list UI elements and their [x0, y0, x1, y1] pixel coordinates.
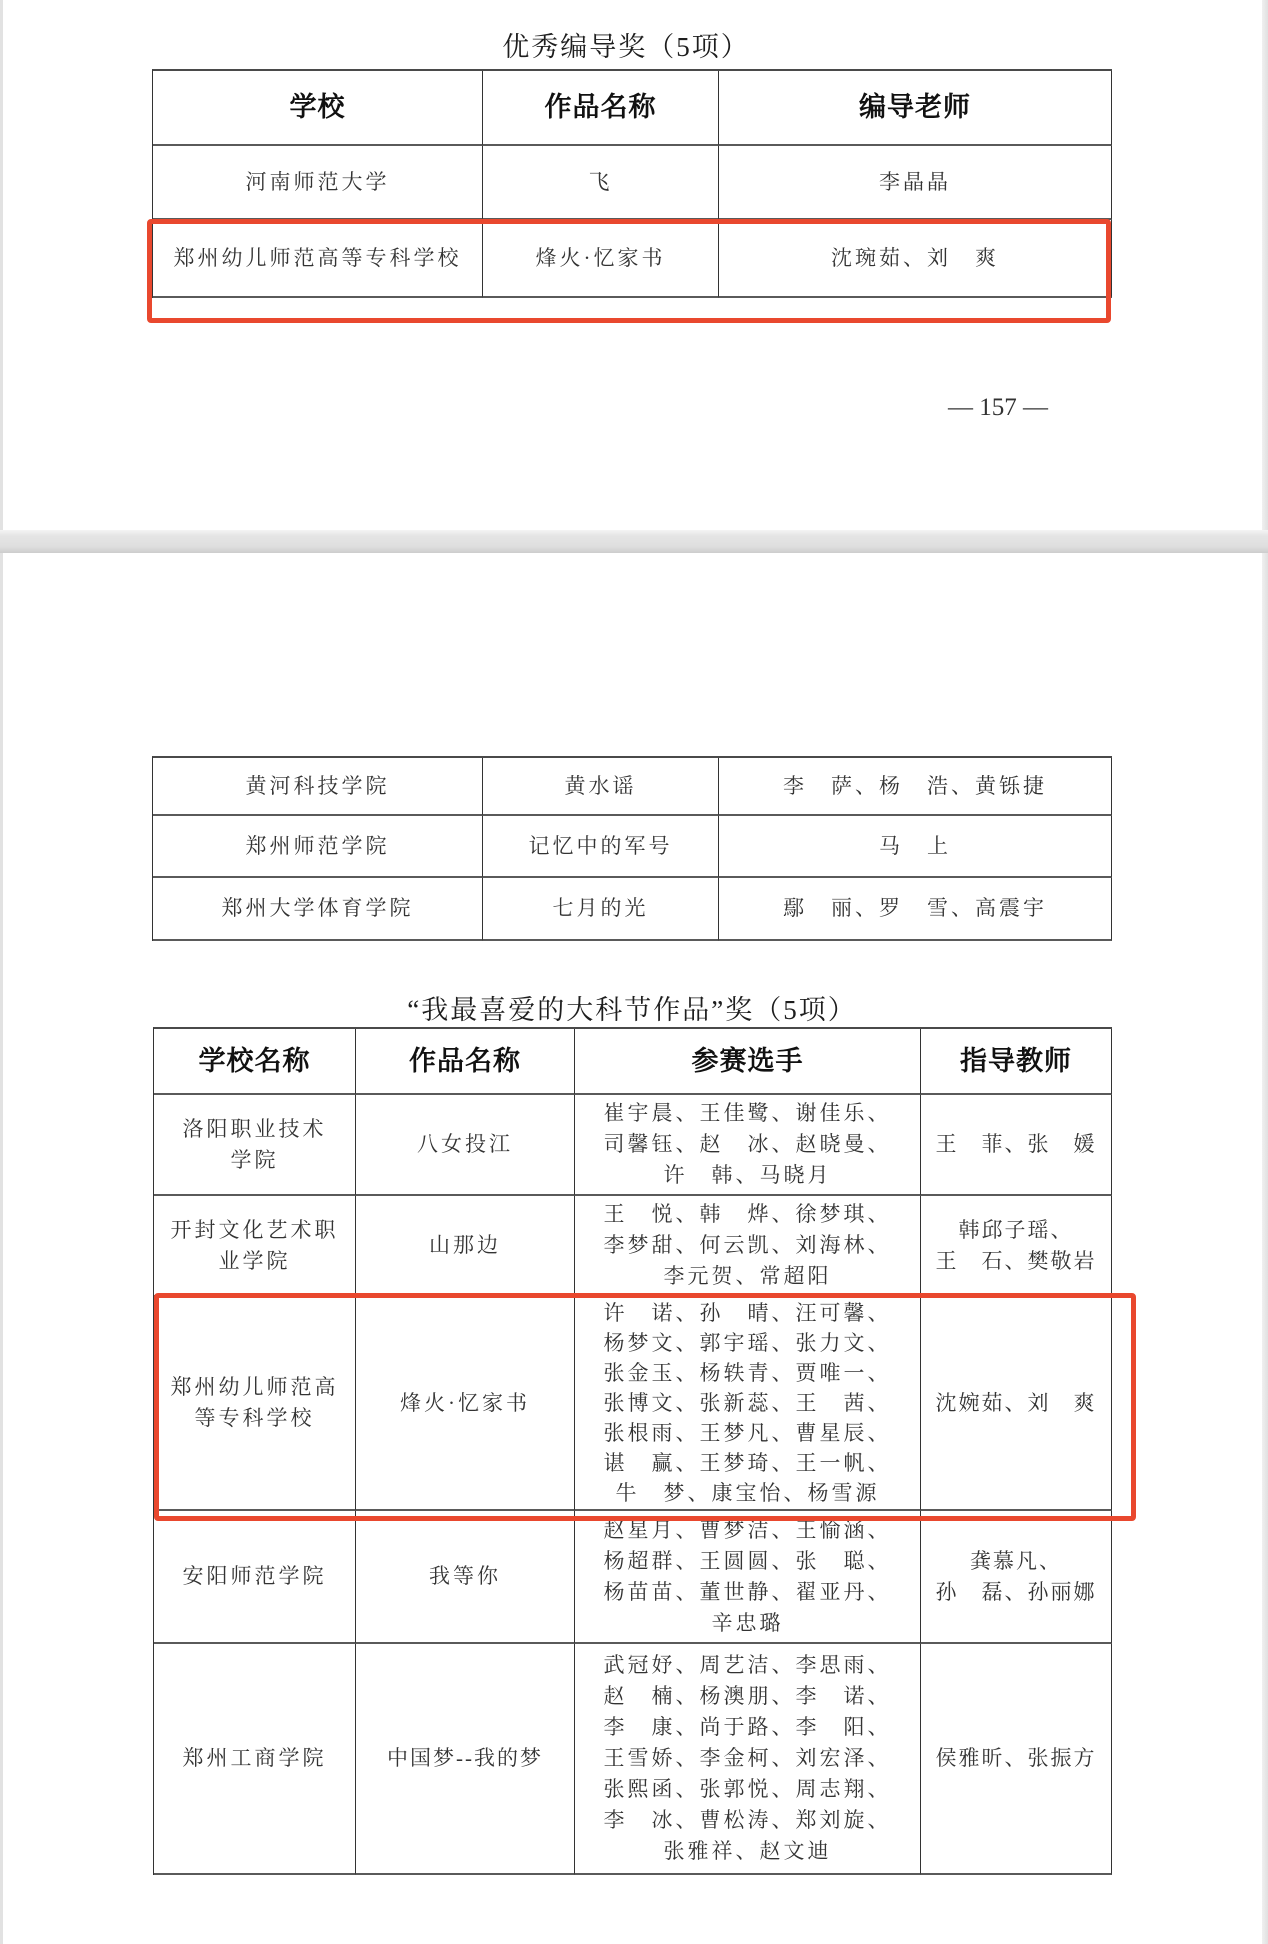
table-cell-school: 郑州工商学院 [154, 1644, 356, 1875]
table-cell-work: 黄水谣 [483, 758, 719, 816]
table-cell-school: 河南师范大学 [153, 146, 483, 220]
table-cell-work: 中国梦--我的梦 [356, 1644, 575, 1875]
table-cell-school: 郑州师范学院 [153, 816, 483, 878]
document-viewer[interactable]: 优秀编导奖（5项） 学校 作品名称 编导老师 河南师范大学 飞 李晶晶 郑州幼儿… [0, 0, 1268, 1944]
viewer-right-edge [1262, 0, 1268, 1944]
table-cell-work: 八女投江 [356, 1095, 575, 1196]
table-cell-teachers: 马 上 [719, 816, 1112, 878]
table-cell-school: 郑州幼儿师范高 等专科学校 [154, 1297, 356, 1511]
table-cell-teachers: 鄢 丽、罗 雪、高震宇 [719, 878, 1112, 941]
table-cell-work: 山那边 [356, 1196, 575, 1297]
column-header-school: 学校 [153, 71, 483, 146]
table-cell-participants: 武冠妤、周艺洁、李思雨、 赵 楠、杨澳朋、李 诺、 李 康、尚于路、李 阳、 王… [575, 1644, 921, 1875]
section-title-excellent-choreography: 优秀编导奖（5项） [146, 29, 1106, 65]
column-header-participants: 参赛选手 [575, 1029, 921, 1095]
table-cell-teachers: 沈琬茹、刘 爽 [719, 220, 1112, 298]
table-cell-work: 飞 [483, 146, 719, 220]
table-cell-school: 黄河科技学院 [153, 758, 483, 816]
table-cell-school: 开封文化艺术职 业学院 [154, 1196, 356, 1297]
table-cell-instructors: 侯雅昕、张振方 [921, 1644, 1112, 1875]
table-cell-work: 烽火·忆家书 [356, 1297, 575, 1511]
table-cell-teachers: 李 萨、杨 浩、黄铄捷 [719, 758, 1112, 816]
section-title-favorite-works: “我最喜爱的大科节作品”奖（5项） [152, 992, 1112, 1028]
table-cell-instructors: 王 菲、张 媛 [921, 1095, 1112, 1196]
table-cell-participants: 赵星月、曹梦洁、王愉涵、 杨超群、王圆圆、张 聪、 杨苗苗、董世静、翟亚丹、 辛… [575, 1511, 921, 1644]
table-cell-participants: 许 诺、孙 晴、汪可馨、 杨梦文、郭宇瑶、张力文、 张金玉、杨轶青、贾唯一、 张… [575, 1297, 921, 1511]
column-header-school-name: 学校名称 [154, 1029, 356, 1095]
table-cell-school: 郑州大学体育学院 [153, 878, 483, 941]
table-cell-school: 郑州幼儿师范高等专科学校 [153, 220, 483, 298]
table-cell-school: 洛阳职业技术 学院 [154, 1095, 356, 1196]
table-cell-work: 烽火·忆家书 [483, 220, 719, 298]
table-cell-instructors: 韩邱子瑶、 王 石、樊敬岩 [921, 1196, 1112, 1297]
column-header-instructors: 指导教师 [921, 1029, 1112, 1095]
excellent-choreography-table: 学校 作品名称 编导老师 河南师范大学 飞 李晶晶 郑州幼儿师范高等专科学校 烽… [152, 69, 1112, 298]
column-header-work-title: 作品名称 [356, 1029, 575, 1095]
table-cell-school: 安阳师范学院 [154, 1511, 356, 1644]
table-cell-work: 七月的光 [483, 878, 719, 941]
column-header-work-title: 作品名称 [483, 71, 719, 146]
table-cell-work: 记忆中的军号 [483, 816, 719, 878]
table-cell-participants: 王 悦、韩 烨、徐梦琪、 李梦甜、何云凯、刘海林、 李元贺、常超阳 [575, 1196, 921, 1297]
continued-choreography-table: 黄河科技学院 黄水谣 李 萨、杨 浩、黄铄捷 郑州师范学院 记忆中的军号 马 上… [152, 756, 1112, 941]
page-separator [0, 530, 1268, 553]
table-cell-participants: 崔宇晨、王佳鹭、谢佳乐、 司馨钰、赵 冰、赵晓曼、 许 韩、马晓月 [575, 1095, 921, 1196]
page-number: — 157 — [918, 390, 1078, 426]
table-cell-instructors: 沈婉茹、刘 爽 [921, 1297, 1112, 1511]
table-cell-instructors: 龚慕凡、 孙 磊、孙丽娜 [921, 1511, 1112, 1644]
table-cell-teachers: 李晶晶 [719, 146, 1112, 220]
table-cell-work: 我等你 [356, 1511, 575, 1644]
favorite-works-table: 学校名称 作品名称 参赛选手 指导教师 洛阳职业技术 学院 八女投江 崔宇晨、王… [153, 1027, 1112, 1875]
column-header-choreographer: 编导老师 [719, 71, 1112, 146]
